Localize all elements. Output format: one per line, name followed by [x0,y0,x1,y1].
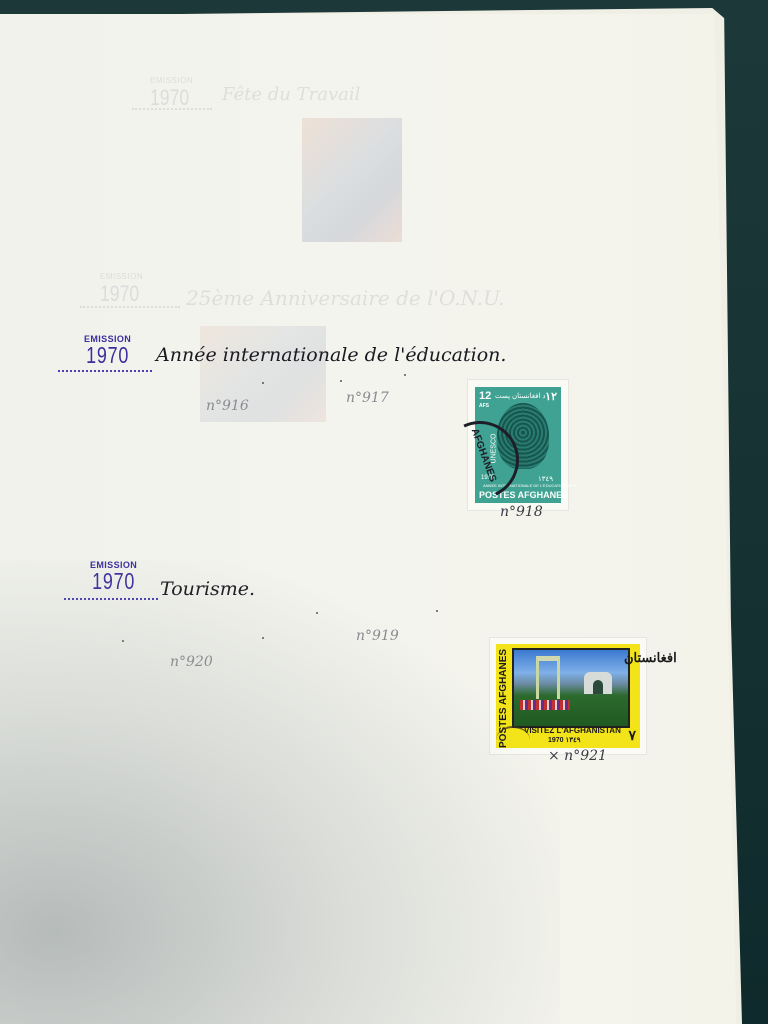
stamp-caption: VISITEZ L'AFGHANISTAN [524,726,621,735]
pencil-mark [122,640,124,642]
stamp-arabic-header: د افغانستان پست [495,392,545,400]
stamp-arabic-side: افغانستان [624,650,638,666]
section-title-tourisme: Tourisme. [160,578,255,600]
ghost-emission-label: EMISSION [150,76,199,85]
stamp-tourisme-921[interactable]: POSTES AFGHANES افغانستان VISITEZ L'AFGH… [490,638,646,754]
catalog-number-916: n°916 [206,398,249,414]
ghost-stamp-image [302,118,402,242]
stamp-education-918[interactable]: 12AFS د افغانستان پست ١٢ UNESCO 1970 ١٣٤… [468,380,568,510]
emission-year: 1970 [92,570,135,592]
pencil-mark [404,374,406,376]
ghost-emission-stamp-1: EMISSION 1970 [150,76,199,111]
stamp-value: 12AFS [479,391,491,411]
ghost-emission-label: EMISSION [100,272,149,281]
stamp-year-arabic: ١٣٤٩ [538,475,553,483]
dotted-leader-line [64,598,158,600]
emission-stamp-education: EMISSION 1970 [80,334,135,366]
pencil-mark [262,382,264,384]
emission-year: 1970 [86,344,129,366]
ghost-emission-year: 1970 [100,281,139,307]
monument-shape [536,656,560,699]
section-title-education: Année internationale de l'éducation. [156,344,506,366]
stamp-value: ٧ [628,727,636,744]
ghost-dotted-line [80,306,180,308]
pencil-mark [316,612,318,614]
dotted-leader-line [58,370,152,372]
postmark-cancel [496,726,530,754]
arch-shape [584,672,612,694]
ghost-dotted-line [132,108,212,110]
catalog-number-919: n°919 [356,628,399,644]
stamp-face: POSTES AFGHANES افغانستان VISITEZ L'AFGH… [496,644,640,748]
pencil-mark [262,637,264,639]
stamp-value-arabic: ١٢ [545,390,557,403]
ghost-section-title: Fête du Travail [222,84,360,105]
pencil-mark [340,380,342,382]
emission-stamp-tourisme: EMISSION 1970 [86,560,141,592]
catalog-number-920: n°920 [170,654,213,670]
stamp-years: 1970 ١٣٤٩ [548,736,581,744]
catalog-number-917: n°917 [346,390,389,406]
album-page: EMISSION 1970 Fête du Travail EMISSION 1… [0,14,740,1024]
pencil-mark [436,610,438,612]
catalog-number-921: × n°921 [548,748,607,764]
ghost-emission-stamp-2: EMISSION 1970 [100,272,149,307]
stamp-landscape-scene [512,648,630,728]
flowerbed [520,700,570,710]
stamp-face: 12AFS د افغانستان پست ١٢ UNESCO 1970 ١٣٤… [475,387,561,503]
ghost-section-title: 25ème Anniversaire de l'O.N.U. [186,286,505,310]
catalog-number-918: n°918 [500,504,543,520]
